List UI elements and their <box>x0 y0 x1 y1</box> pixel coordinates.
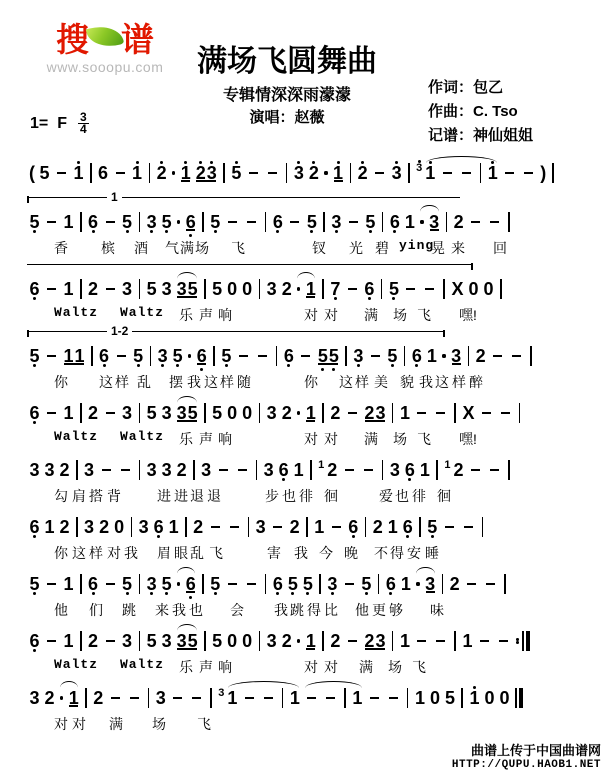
note: 6 <box>283 346 294 366</box>
parenthesis: ) <box>540 163 546 184</box>
lyric: 对 <box>304 429 318 449</box>
sustain-dash <box>445 526 454 528</box>
lyric: 场 <box>393 429 407 449</box>
barline <box>323 212 325 232</box>
barline <box>185 517 187 537</box>
note: 3 <box>353 346 364 366</box>
note: 0 <box>242 403 253 423</box>
sustain-dash <box>173 697 182 699</box>
note: 5 <box>212 403 223 423</box>
note-digit: 1 <box>68 688 79 708</box>
note: 6 <box>88 212 99 232</box>
lyric: 更 <box>372 600 386 620</box>
note-digit: 0 <box>227 279 238 299</box>
note-digit: 1 <box>74 346 85 366</box>
lyric: ying <box>399 238 434 253</box>
note-digit: 6 <box>272 212 283 232</box>
footer: 曲谱上传于中国曲谱网 HTTP://QUPU.HAOB1.NET <box>452 740 601 771</box>
note-digit: 5 <box>122 574 133 594</box>
octave-dot-high <box>491 161 494 164</box>
note-digit: 5 <box>387 346 398 366</box>
octave-dot-high <box>210 161 213 164</box>
score-line: 321233111105100对对满场飞 <box>27 683 607 731</box>
lyric: 回 <box>493 238 507 258</box>
note: 5 <box>210 574 221 594</box>
lyric: 香 <box>54 238 68 258</box>
octave-dot-low <box>368 297 371 300</box>
note: 1 <box>333 163 344 183</box>
barline <box>248 517 250 537</box>
note-digit: 2 <box>176 460 187 480</box>
note-digit: 3 <box>327 574 338 594</box>
lyric: 进 <box>174 486 188 506</box>
note: 55 <box>317 346 339 366</box>
duration-dot <box>442 354 445 357</box>
octave-dot-low <box>352 535 355 538</box>
duration-dot <box>177 582 180 585</box>
note-digit: 6 <box>99 346 110 366</box>
lyric: 飞 <box>209 543 223 563</box>
note: 3 <box>146 460 157 480</box>
album-line: 专辑情深深雨濛濛 <box>223 82 351 105</box>
note-digit: 1 <box>414 688 425 708</box>
note-digit: X <box>451 279 464 299</box>
note: 6 <box>196 346 207 366</box>
site-url[interactable]: HTTP://QUPU.HAOB1.NET <box>452 759 601 771</box>
barline <box>80 574 82 594</box>
note: 3 <box>429 212 440 232</box>
duration-dot <box>420 220 423 223</box>
sustain-dash <box>406 288 415 290</box>
note-digit: 2 <box>449 574 460 594</box>
note: 6 <box>98 163 109 183</box>
note: 1 <box>305 631 316 651</box>
note-digit: 3 <box>353 346 364 366</box>
grace-note: 1 <box>318 459 325 472</box>
note-digit: 2 <box>281 279 292 299</box>
note: 5 <box>146 631 157 651</box>
note-digit: 1 <box>63 631 74 651</box>
lyric: 你 <box>54 543 68 563</box>
barline <box>519 403 521 423</box>
barline <box>139 279 141 299</box>
sustain-dash <box>349 221 358 223</box>
octave-dot-low <box>157 535 160 538</box>
sustain-dash <box>490 221 499 223</box>
lyric: 场 <box>388 657 402 677</box>
note: 3 <box>29 460 40 480</box>
lyric: 我 <box>419 372 433 392</box>
lyric: 响 <box>218 305 232 325</box>
note: 5 <box>387 346 398 366</box>
note-digit: 2 <box>327 460 338 480</box>
notes-row: 51653565655356132 <box>27 569 607 599</box>
note-digit: 6 <box>364 279 375 299</box>
sustain-dash <box>117 355 126 357</box>
barline <box>76 517 78 537</box>
barline <box>404 346 406 366</box>
note: 23 <box>364 631 386 651</box>
lyric: 你 <box>54 372 68 392</box>
note: 2 <box>44 688 55 708</box>
barline <box>139 403 141 423</box>
note: 6 <box>411 346 422 366</box>
barline <box>392 631 394 651</box>
note: 5 <box>231 163 242 183</box>
note: 2 <box>88 279 99 299</box>
lyric: 对 <box>324 305 338 325</box>
note-digit: 5 <box>133 346 144 366</box>
note-digit: 0 <box>484 688 495 708</box>
sustain-dash <box>47 640 56 642</box>
note: 1 <box>305 279 316 299</box>
note-digit: 1 <box>400 574 411 594</box>
lyric: 嘿! <box>459 429 477 449</box>
note: 1 <box>305 403 316 423</box>
barline <box>480 163 482 183</box>
note-digit: 5 <box>146 631 157 651</box>
lyric: 乐 <box>179 429 193 449</box>
lyric: 够 <box>389 600 403 620</box>
note: 5 <box>122 212 133 232</box>
notes-row: 6123533550032122311 <box>27 626 607 656</box>
note-digit: 2 <box>193 517 204 537</box>
note: 6 <box>29 279 40 299</box>
note-digit: 3 <box>84 517 95 537</box>
grace-note: 3 <box>416 162 423 175</box>
sustain-dash <box>47 288 56 290</box>
note-digit: 2 <box>364 631 375 651</box>
barline <box>265 574 267 594</box>
lyric: 场 <box>195 238 209 258</box>
octave-dot-low <box>415 364 418 367</box>
time-denominator: 4 <box>78 124 89 135</box>
duration-dot <box>297 411 300 414</box>
duration-dot <box>60 696 63 699</box>
lyric: 声 <box>199 429 213 449</box>
note: 0 <box>468 279 479 299</box>
note: 1 <box>399 631 410 651</box>
octave-dot-high <box>418 160 421 163</box>
sustain-dash <box>47 583 56 585</box>
note: 5 <box>161 212 172 232</box>
note: 23 <box>195 163 217 183</box>
note: 2 <box>156 163 167 183</box>
lyric: 背 <box>107 486 121 506</box>
note: 3 <box>161 460 172 480</box>
note-digit: 1 <box>399 631 410 651</box>
octave-dot-low <box>33 535 36 538</box>
score-line: 61235335500321765X00WaltzWaltz乐声响对对满场飞嘿! <box>27 264 607 322</box>
lyric: 样 <box>89 543 103 563</box>
brand-char-left: 搜 <box>56 22 89 58</box>
barline <box>419 517 421 537</box>
sustain-dash <box>486 583 495 585</box>
note-digit: 3 <box>331 212 342 232</box>
octave-dot-low <box>33 297 36 300</box>
sustain-dash <box>443 172 452 174</box>
barline <box>193 460 195 480</box>
barline <box>202 574 204 594</box>
sooopu-logo[interactable]: 搜 谱 www.sooopu.com <box>30 22 180 75</box>
note: 6 <box>389 212 400 232</box>
note: 1 <box>426 346 437 366</box>
score-line: 612320361232162165你这样对我眉眼乱飞害我今晚不得安睡 <box>27 512 607 560</box>
barline <box>259 631 261 651</box>
note: 1 <box>352 688 363 708</box>
sustain-dash <box>249 172 258 174</box>
sustain-dash <box>121 469 130 471</box>
lyrics-row: 香槟酒气满场飞钗光碧ying晃来回 <box>27 238 607 255</box>
note: 0 <box>227 279 238 299</box>
barline <box>468 346 470 366</box>
barline <box>80 212 82 232</box>
duration-dot <box>177 220 180 223</box>
brand-char-right: 谱 <box>121 22 154 58</box>
note-digit: 2 <box>99 517 110 537</box>
note: 6 <box>29 517 40 537</box>
sustain-dash <box>436 640 445 642</box>
octave-dot-low <box>391 364 394 367</box>
note-digit: 6 <box>402 517 413 537</box>
lyric: 进 <box>157 486 171 506</box>
note: 3 <box>122 279 133 299</box>
note: 2 <box>289 517 300 537</box>
lyric: 害 <box>267 543 281 563</box>
note-digit: 6 <box>29 517 40 537</box>
note-digit: 3 <box>84 460 95 480</box>
note: 1 <box>68 688 79 708</box>
note-digit: 6 <box>283 346 294 366</box>
lyric: 们 <box>89 600 103 620</box>
note-digit: 5 <box>287 574 298 594</box>
note-digit: 2 <box>453 460 464 480</box>
octave-dot-high <box>199 161 202 164</box>
sustain-dash <box>480 640 489 642</box>
octave-dot-low <box>287 364 290 367</box>
note-digit: 5 <box>328 346 339 366</box>
barline <box>322 631 324 651</box>
sustain-dash <box>116 172 125 174</box>
score-line: 51653565655356132他们跳来我也会我跳得比他更够味 <box>27 569 607 617</box>
note: 2 <box>372 517 383 537</box>
note: 3 <box>146 212 157 232</box>
note-digit: 2 <box>372 517 383 537</box>
sustain-dash <box>219 469 228 471</box>
octave-dot-low <box>331 592 334 595</box>
note-digit: 5 <box>212 403 223 423</box>
volta-label: 1 <box>107 190 122 204</box>
barline <box>210 688 212 708</box>
volta-bracket: 1 <box>27 197 460 207</box>
lyric: 比 <box>324 600 338 620</box>
octave-dot-low <box>276 592 279 595</box>
sustain-dash <box>290 221 299 223</box>
lyric: 飞 <box>417 429 431 449</box>
note: 0 <box>114 517 125 537</box>
sustain-dash <box>389 697 398 699</box>
sustain-dash <box>211 526 220 528</box>
octave-dot-low <box>189 596 192 599</box>
tie-slur: 35 <box>174 631 200 651</box>
score-line: (51612123532123311) <box>27 158 607 188</box>
volta-bracket <box>27 264 473 274</box>
note: 7 <box>330 279 341 299</box>
sustain-dash <box>348 640 357 642</box>
volta-label: 1-2 <box>107 324 132 338</box>
note-digit: 1 <box>44 517 55 537</box>
sustain-dash <box>375 172 384 174</box>
note: 0 <box>484 688 495 708</box>
note: 3 <box>84 460 95 480</box>
notes-row: 612353355003212231X <box>27 398 607 428</box>
note-digit: 1 <box>227 688 238 708</box>
key-time-signature: 1= F 3 4 <box>30 112 89 135</box>
note: 1 <box>419 460 430 480</box>
octave-dot-high <box>235 161 238 164</box>
note-digit: 1 <box>444 459 451 472</box>
note: 2 <box>59 517 70 537</box>
barline <box>306 517 308 537</box>
note-digit: 0 <box>468 279 479 299</box>
notes-row: (51612123532123311) <box>27 158 607 188</box>
note-digit: 3 <box>176 279 187 299</box>
note-digit: 3 <box>146 574 157 594</box>
note-digit: 5 <box>39 163 50 183</box>
note: 2 <box>330 403 341 423</box>
lyric: 退 <box>190 486 204 506</box>
sustain-dash <box>47 221 56 223</box>
lyric: 得 <box>307 600 321 620</box>
note: 2 <box>327 460 338 480</box>
sustain-dash <box>364 469 373 471</box>
barline <box>139 212 141 232</box>
duration-dot <box>297 287 300 290</box>
sustain-dash <box>512 355 521 357</box>
lyric: 跳 <box>122 600 136 620</box>
lyric: 气 <box>165 238 179 258</box>
note-digit: 2 <box>44 688 55 708</box>
octave-dot-low <box>33 649 36 652</box>
lyric: 搭 <box>89 486 103 506</box>
barline <box>382 460 384 480</box>
note: 5 <box>388 279 399 299</box>
note-digit: 3 <box>146 460 157 480</box>
note-digit: 5 <box>29 212 40 232</box>
sustain-dash <box>247 221 256 223</box>
octave-dot-low <box>389 592 392 595</box>
note: 1 <box>180 163 191 183</box>
barline <box>500 279 502 299</box>
grace-note: 1 <box>444 459 451 472</box>
note-digit: 5 <box>210 212 221 232</box>
note: 5 <box>161 574 172 594</box>
note-digit: 3 <box>161 631 172 651</box>
note-digit: 3 <box>266 403 277 423</box>
lyric: 味 <box>430 600 444 620</box>
sustain-dash <box>326 697 335 699</box>
note: 6 <box>348 517 359 537</box>
note-digit: 5 <box>146 403 157 423</box>
sustain-dash <box>371 355 380 357</box>
note-digit: 2 <box>281 403 292 423</box>
notes-row: 612320361232162165 <box>27 512 607 542</box>
sustain-dash <box>501 412 510 414</box>
note-digit: 6 <box>98 163 109 183</box>
note: 1 <box>132 163 143 183</box>
note: 3 <box>389 460 400 480</box>
note-digit: 1 <box>333 163 344 183</box>
note: 3 <box>327 574 338 594</box>
note-digit: 1 <box>425 163 436 183</box>
sustain-dash <box>417 640 426 642</box>
barline <box>131 517 133 537</box>
octave-dot-high <box>361 161 364 164</box>
lyric: 徘 <box>299 486 313 506</box>
note: 1 <box>425 163 436 183</box>
octave-dot-low <box>282 478 285 481</box>
note: 5 <box>306 212 317 232</box>
note: 2 <box>88 403 99 423</box>
octave-dot-low <box>393 230 396 233</box>
lyric: 样 <box>452 372 466 392</box>
lyric: 得 <box>390 543 404 563</box>
octave-dot-low <box>214 592 217 595</box>
note: 1 <box>399 403 410 423</box>
lyric: 嘿! <box>459 305 477 325</box>
note: 3 <box>331 212 342 232</box>
barline <box>256 460 258 480</box>
octave-dot-low <box>369 230 372 233</box>
lyric: 样 <box>220 372 234 392</box>
lyric: 晃 <box>431 238 445 258</box>
note: 3 <box>155 688 166 708</box>
header: 搜 谱 www.sooopu.com 满场飞圆舞曲 专辑情深深雨濛濛 演唱：赵薇… <box>0 0 607 158</box>
octave-dot-low <box>103 364 106 367</box>
sustain-dash <box>301 355 310 357</box>
note: 3 <box>391 163 402 183</box>
barline <box>454 403 456 423</box>
lyric: 徊 <box>324 486 338 506</box>
credits-block: 作词：包乙 作曲：C. Tso 记谱：神仙姐姐 <box>428 76 533 148</box>
lyric: 我 <box>274 600 288 620</box>
note-digit: 3 <box>451 346 462 366</box>
note: 6 <box>29 631 40 651</box>
lyric: 你 <box>304 372 318 392</box>
octave-dot-low <box>165 592 168 595</box>
sustain-dash <box>462 172 471 174</box>
score-line: 332333233611236112勾肩搭背进进退退步也徘徊爱也徘徊 <box>27 455 607 503</box>
note: 2 <box>93 688 104 708</box>
lyric: 对 <box>304 305 318 325</box>
octave-dot-low <box>408 478 411 481</box>
note: 2 <box>330 631 341 651</box>
barline <box>552 163 554 183</box>
note: 5 <box>361 574 372 594</box>
lyrics-row: 他们跳来我也会我跳得比他更够味 <box>27 600 607 617</box>
sustain-dash <box>192 697 201 699</box>
note: 5 <box>365 212 376 232</box>
lyric: 响 <box>218 657 232 677</box>
barline <box>365 517 367 537</box>
score: (51612123532123311)15165356565356132香槟酒气… <box>0 158 607 731</box>
grace-note: 3 <box>218 687 225 700</box>
duration-dot <box>297 639 300 642</box>
note: 5 <box>29 212 40 232</box>
repeat-end-barline <box>516 631 530 651</box>
thin-bar <box>515 688 517 708</box>
tie-slur: 11 <box>423 163 501 183</box>
